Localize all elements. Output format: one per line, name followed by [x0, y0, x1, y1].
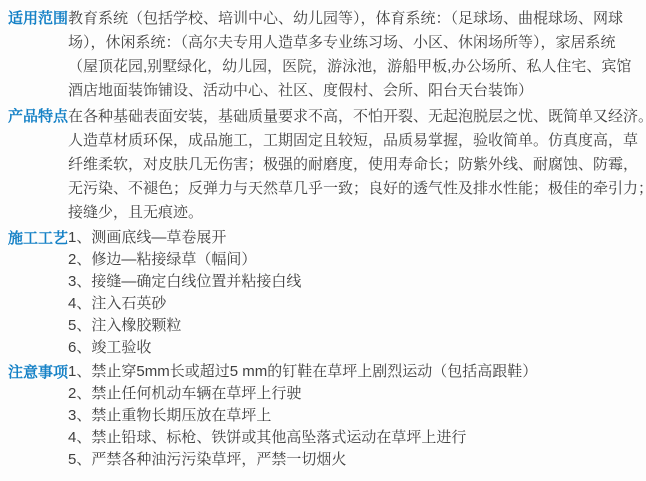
text-line: 纤维柔软，对皮肤几无伤害；极强的耐磨度，使用寿命长；防紫外线、耐腐蚀、防霉，	[68, 153, 640, 177]
section-content-construction-process: 1、测画底线—草卷展开 2、修边—粘接绿草（幅间） 3、接缝—确定白线位置并粘接…	[68, 227, 640, 359]
section-product-features: 产品特点 在各种基础表面安装，基础质量要求不高，不怕开裂、无起泡脱层之忧、既简单…	[8, 105, 640, 225]
text-line: 酒店地面装饰铺设、活动中心、社区、度假村、会所、阳台天台装饰）	[68, 79, 640, 103]
list-item: 2、禁止任何机动车辆在草坪上行驶	[68, 383, 640, 405]
list-item: 5、注入橡胶颗粒	[68, 315, 640, 337]
list-item: 5、严禁各种油污污染草坪，严禁一切烟火	[68, 449, 640, 471]
text-line: 接缝少，且无痕迹。	[68, 201, 640, 225]
section-precautions: 注意事项 1、禁止穿5mm长或超过5 mm的钉鞋在草坪上剧烈运动（包括高跟鞋） …	[8, 361, 640, 471]
list-item: 4、禁止铅球、标枪、铁饼或其他高坠落式运动在草坪上进行	[68, 427, 640, 449]
text-line: 无污染、不褪色；反弹力与天然草几乎一致；良好的透气性及排水性能；极佳的牵引力；	[68, 177, 640, 201]
text-line: 人造草材质环保，成品施工，工期固定且较短，品质易掌握，验收简单。仿真度高，草	[68, 129, 640, 153]
text-line: 场），休闲系统：（高尔夫专用人造草多专业练习场、小区、休闲场所等），家居系统	[68, 31, 640, 55]
section-label-precautions: 注意事项	[8, 361, 68, 385]
list-item: 1、禁止穿5mm长或超过5 mm的钉鞋在草坪上剧烈运动（包括高跟鞋）	[68, 361, 640, 383]
list-item: 4、注入石英砂	[68, 293, 640, 315]
product-spec-document: 适用范围 教育系统（包括学校、培训中心、幼儿园等），体育系统：（足球场、曲棍球场…	[0, 0, 646, 481]
section-label-construction-process: 施工工艺	[8, 227, 68, 251]
list-item: 1、测画底线—草卷展开	[68, 227, 640, 249]
list-item: 3、禁止重物长期压放在草坪上	[68, 405, 640, 427]
text-line: 在各种基础表面安装，基础质量要求不高，不怕开裂、无起泡脱层之忧、既简单又经济。	[68, 105, 640, 129]
section-content-applicable-scope: 教育系统（包括学校、培训中心、幼儿园等），体育系统：（足球场、曲棍球场、网球 场…	[68, 7, 640, 103]
text-line: 教育系统（包括学校、培训中心、幼儿园等），体育系统：（足球场、曲棍球场、网球	[68, 7, 640, 31]
list-item: 2、修边—粘接绿草（幅间）	[68, 249, 640, 271]
section-label-product-features: 产品特点	[8, 105, 68, 129]
section-content-precautions: 1、禁止穿5mm长或超过5 mm的钉鞋在草坪上剧烈运动（包括高跟鞋） 2、禁止任…	[68, 361, 640, 471]
list-item: 6、竣工验收	[68, 337, 640, 359]
text-line: （屋顶花园,别墅绿化，幼儿园，医院，游泳池，游船甲板,办公场所、私人住宅、宾馆	[68, 55, 640, 79]
section-label-applicable-scope: 适用范围	[8, 7, 68, 31]
list-item: 3、接缝—确定白线位置并粘接白线	[68, 271, 640, 293]
section-content-product-features: 在各种基础表面安装，基础质量要求不高，不怕开裂、无起泡脱层之忧、既简单又经济。 …	[68, 105, 640, 225]
section-applicable-scope: 适用范围 教育系统（包括学校、培训中心、幼儿园等），体育系统：（足球场、曲棍球场…	[8, 7, 640, 103]
section-construction-process: 施工工艺 1、测画底线—草卷展开 2、修边—粘接绿草（幅间） 3、接缝—确定白线…	[8, 227, 640, 359]
